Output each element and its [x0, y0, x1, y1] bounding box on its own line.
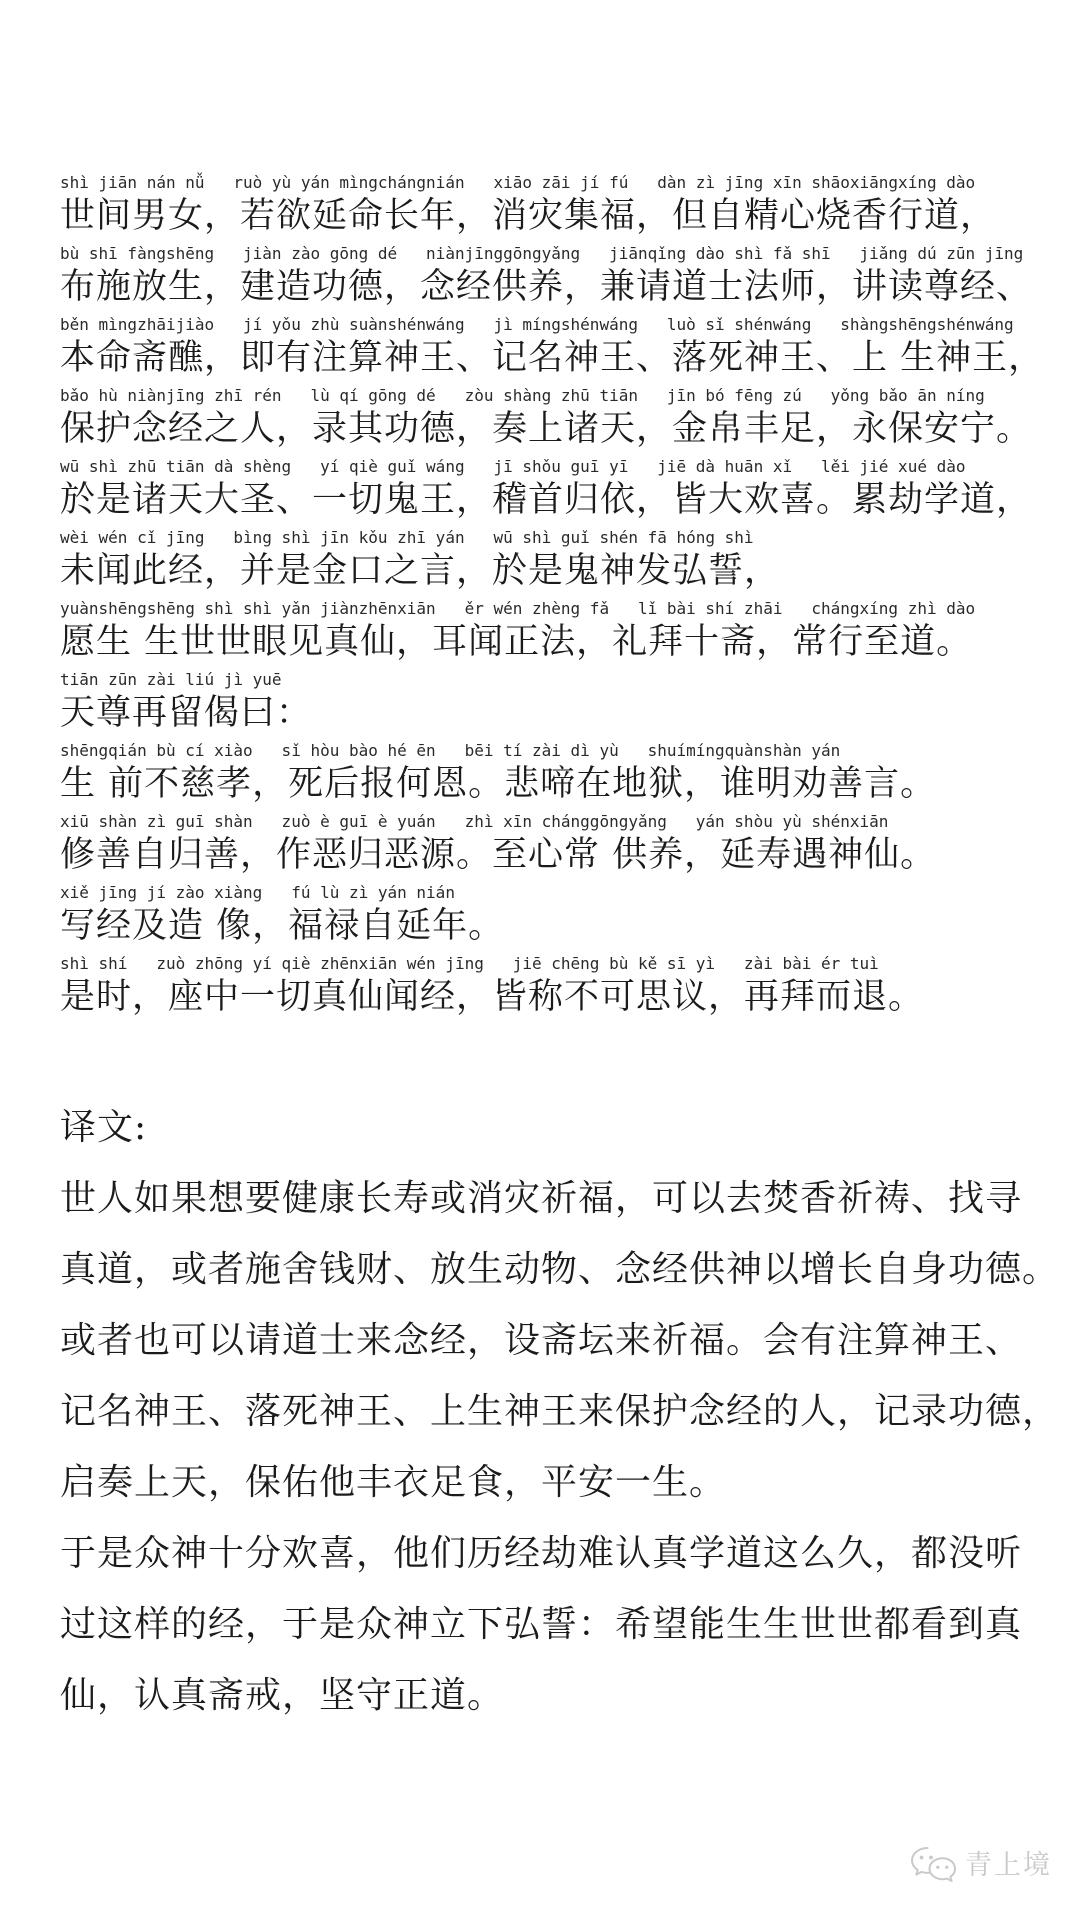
pinyin-annotation: shì jiān nán nǚ ruò yù yán mìngchángnián… — [60, 172, 1044, 194]
scripture-text: 写经及造 像，福禄自延年。 — [60, 904, 1044, 948]
scripture-line: xiū shàn zì guī shàn zuò è guī è yuán zh… — [60, 811, 1044, 877]
scripture-text: 是时，座中一切真仙闻经，皆称不可思议，再拜而退。 — [60, 975, 1044, 1019]
translation-line: 于是众神十分欢喜，他们历经劫难认真学道这么久，都没听 — [60, 1518, 1059, 1589]
scripture-line: xiě jīng jí zào xiàng fú lù zì yán nián … — [60, 882, 1044, 948]
pinyin-annotation: yuànshēngshēng shì shì yǎn jiànzhēnxiān … — [60, 598, 1044, 620]
translation-line: 过这样的经，于是众神立下弘誓：希望能生生世世都看到真 — [60, 1589, 1059, 1660]
translation-line: 启奏上天，保佑他丰衣足食，平安一生。 — [60, 1447, 1059, 1518]
translation-line: 世人如果想要健康长寿或消灾祈福，可以去焚香祈祷、找寻 — [60, 1163, 1059, 1234]
scripture-line: bù shī fàngshēng jiàn zào gōng dé niànjī… — [60, 243, 1044, 309]
pinyin-annotation: běn mìngzhāijiào jí yǒu zhù suànshénwáng… — [60, 314, 1044, 336]
pinyin-annotation: xiě jīng jí zào xiàng fú lù zì yán nián — [60, 882, 1044, 904]
pinyin-annotation: shì shí zuò zhōng yí qiè zhēnxiān wén jī… — [60, 953, 1044, 975]
translation-line: 或者也可以请道士来念经，设斋坛来祈福。会有注算神王、 — [60, 1305, 1059, 1376]
translation-section: 译文: 世人如果想要健康长寿或消灾祈福，可以去焚香祈祷、找寻 真道，或者施舍钱财… — [60, 1092, 1059, 1731]
pinyin-annotation: wèi wén cǐ jīng bìng shì jīn kǒu zhī yán… — [60, 527, 1044, 549]
translation-heading: 译文: — [60, 1092, 1059, 1163]
pinyin-annotation: bù shī fàngshēng jiàn zào gōng dé niànjī… — [60, 243, 1044, 265]
pinyin-annotation: wū shì zhū tiān dà shèng yí qiè guǐ wáng… — [60, 456, 1044, 478]
scripture-text: 愿生 生世世眼见真仙，耳闻正法，礼拜十斋，常行至道。 — [60, 620, 1044, 664]
watermark: 青上境 — [910, 1846, 1052, 1886]
scripture-line: shì shí zuò zhōng yí qiè zhēnxiān wén jī… — [60, 953, 1044, 1019]
pinyin-annotation: xiū shàn zì guī shàn zuò è guī è yuán zh… — [60, 811, 1044, 833]
scripture-text: 未闻此经，并是金口之言，於是鬼神发弘誓， — [60, 549, 1044, 593]
scripture-text: 保护念经之人，录其功德，奏上诸天，金帛丰足，永保安宁。 — [60, 407, 1044, 451]
pinyin-annotation: tiān zūn zài liú jì yuē — [60, 669, 1044, 691]
pinyin-annotation: bǎo hù niànjīng zhī rén lù qí gōng dé zò… — [60, 385, 1044, 407]
scripture-line: shēngqián bù cí xiào sǐ hòu bào hé ēn bē… — [60, 740, 1044, 806]
scripture-text: 於是诸天大圣、一切鬼王，稽首归依，皆大欢喜。累劫学道， — [60, 478, 1044, 522]
scripture-text: 天尊再留偈曰： — [60, 691, 1044, 735]
scripture-text: 修善自归善，作恶归恶源。至心常 供养，延寿遇神仙。 — [60, 833, 1044, 877]
pinyin-annotation: shēngqián bù cí xiào sǐ hòu bào hé ēn bē… — [60, 740, 1044, 762]
scripture-text: 生 前不慈孝，死后报何恩。悲啼在地狱，谁明劝善言。 — [60, 762, 1044, 806]
scripture-line: wèi wén cǐ jīng bìng shì jīn kǒu zhī yán… — [60, 527, 1044, 593]
scripture-text: 本命斋醮，即有注算神王、记名神王、落死神王、上 生神王， — [60, 336, 1044, 380]
translation-line: 真道，或者施舍钱财、放生动物、念经供神以增长自身功德。 — [60, 1234, 1059, 1305]
scripture-line: shì jiān nán nǚ ruò yù yán mìngchángnián… — [60, 172, 1044, 238]
translation-line: 仙，认真斋戒，坚守正道。 — [60, 1660, 1059, 1731]
scripture-line: běn mìngzhāijiào jí yǒu zhù suànshénwáng… — [60, 314, 1044, 380]
scripture-text: 世间男女，若欲延命长年，消灾集福，但自精心烧香行道， — [60, 194, 1044, 238]
translation-line: 记名神王、落死神王、上生神王来保护念经的人，记录功德， — [60, 1376, 1059, 1447]
scripture-line: bǎo hù niànjīng zhī rén lù qí gōng dé zò… — [60, 385, 1044, 451]
watermark-text: 青上境 — [965, 1846, 1052, 1886]
scripture-section: shì jiān nán nǚ ruò yù yán mìngchángnián… — [60, 172, 1044, 1024]
scripture-text: 布施放生，建造功德，念经供养，兼请道士法师，讲读尊经、 — [60, 265, 1044, 309]
scripture-line: wū shì zhū tiān dà shèng yí qiè guǐ wáng… — [60, 456, 1044, 522]
wechat-icon — [910, 1846, 958, 1886]
scripture-line: tiān zūn zài liú jì yuē 天尊再留偈曰： — [60, 669, 1044, 735]
scripture-line: yuànshēngshēng shì shì yǎn jiànzhēnxiān … — [60, 598, 1044, 664]
